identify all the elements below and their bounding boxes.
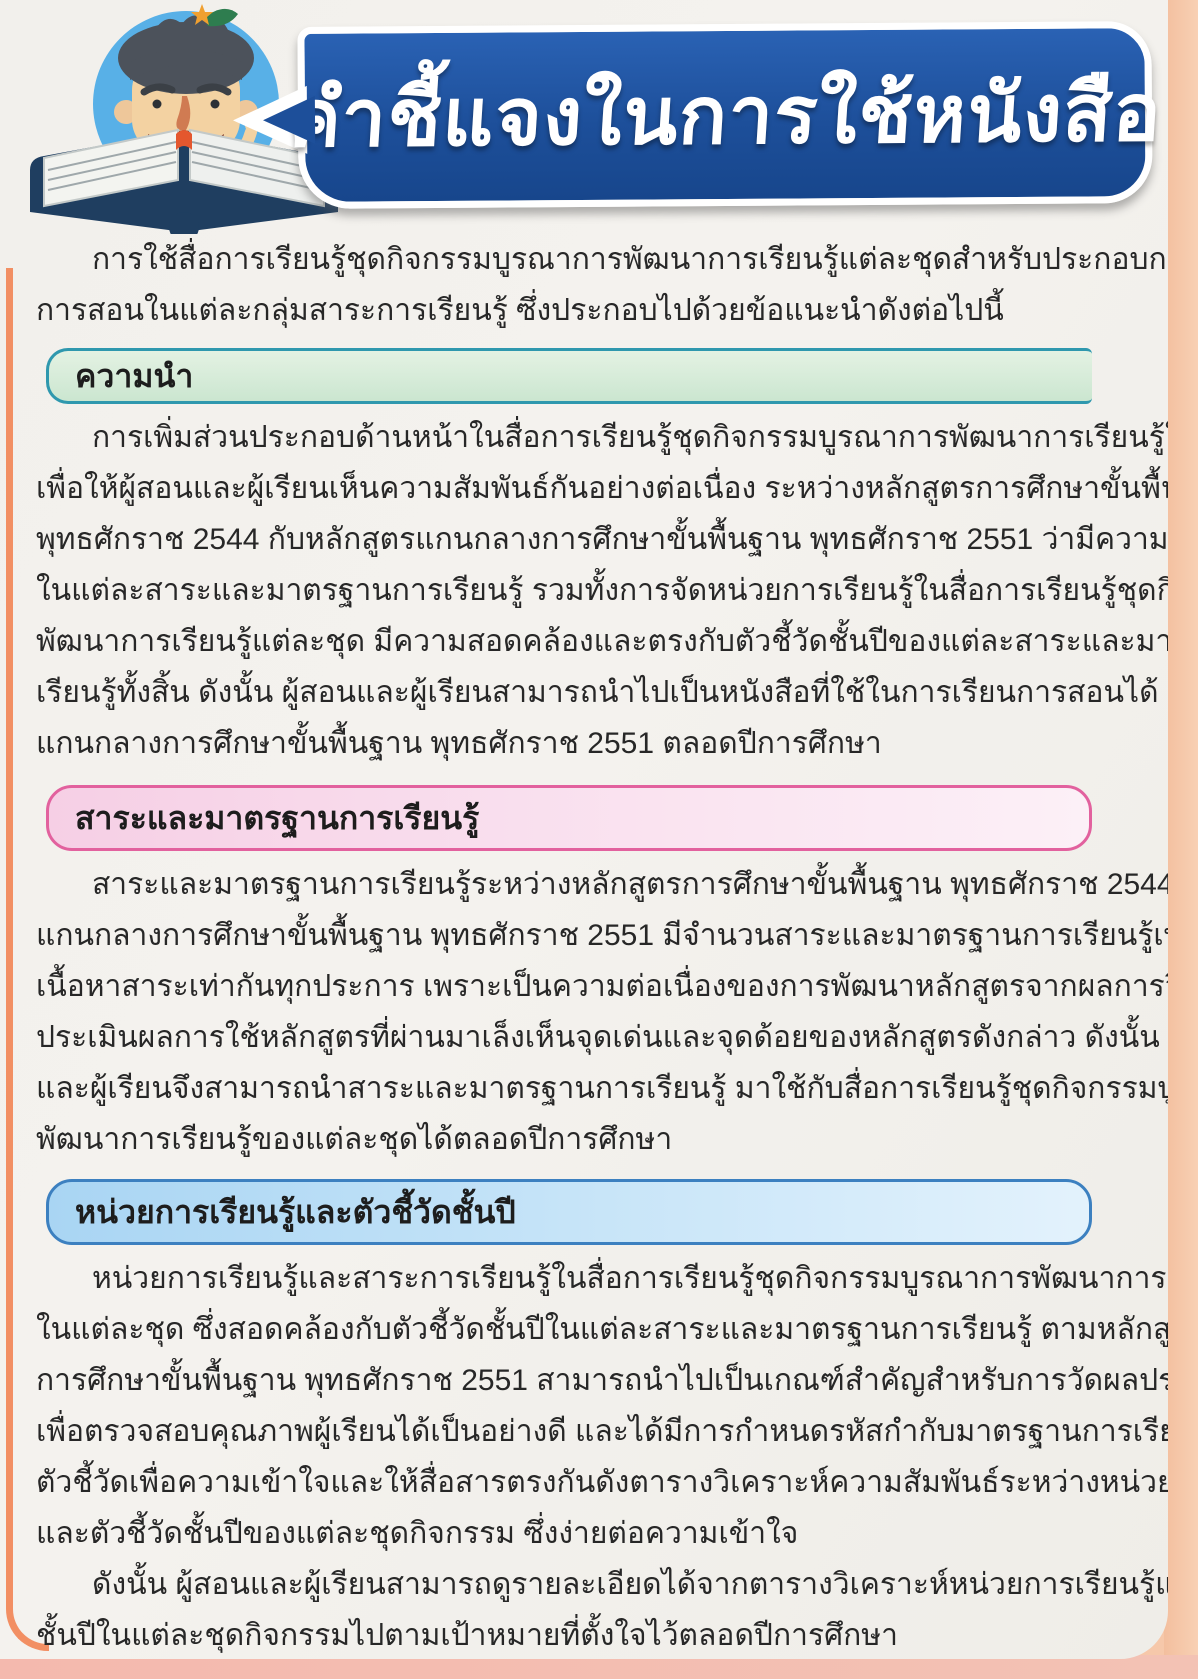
text-line: ดังนั้น ผู้สอนและผู้เรียนสามารถดูรายละเอ… (36, 1559, 1114, 1610)
text-line: แกนกลางการศึกษาขั้นพื้นฐาน พุทธศักราช 25… (36, 718, 1114, 769)
page-edge-right (1164, 0, 1198, 1679)
section-title: สาระและมาตรฐานการเรียนรู้ (75, 793, 479, 844)
page: คำชี้แจงในการใช้หนังสือ การใช้สื่อการเรี… (0, 0, 1168, 1659)
section-title: ความนำ (75, 351, 193, 402)
text-line: การเพิ่มส่วนประกอบด้านหน้าในสื่อการเรียน… (36, 412, 1114, 463)
text-line: เรียนรู้ทั้งสิ้น ดังนั้น ผู้สอนและผู้เรี… (36, 667, 1114, 718)
text-line: และตัวชี้วัดชั้นปีของแต่ละชุดกิจกรรม ซึ่… (36, 1508, 1114, 1559)
text-line: ชั้นปีในแต่ละชุดกิจกรรมไปตามเป้าหมายที่ต… (36, 1610, 1114, 1659)
text-line: แกนกลางการศึกษาขั้นพื้นฐาน พุทธศักราช 25… (36, 910, 1114, 961)
section-learning-units-paragraph: หน่วยการเรียนรู้และสาระการเรียนรู้ในสื่อ… (36, 1253, 1114, 1559)
text-line: ตัวชี้วัดเพื่อความเข้าใจและให้สื่อสารตรง… (36, 1457, 1114, 1508)
text-line: และผู้เรียนจึงสามารถนำสาระและมาตรฐานการเ… (36, 1063, 1114, 1114)
section-standards-paragraph: สาระและมาตรฐานการเรียนรู้ระหว่างหลักสูตร… (36, 859, 1114, 1165)
intro-paragraph: การใช้สื่อการเรียนรู้ชุดกิจกรรมบูรณาการพ… (36, 234, 1114, 336)
text-line: การใช้สื่อการเรียนรู้ชุดกิจกรรมบูรณาการพ… (36, 234, 1114, 285)
section-introduction-paragraph: การเพิ่มส่วนประกอบด้านหน้าในสื่อการเรียน… (36, 412, 1114, 769)
text-line: สาระและมาตรฐานการเรียนรู้ระหว่างหลักสูตร… (36, 859, 1114, 910)
page-title: คำชี้แจงในการใช้หนังสือ (284, 48, 1166, 181)
text-line: หน่วยการเรียนรู้และสาระการเรียนรู้ในสื่อ… (36, 1253, 1114, 1304)
page-content: การใช้สื่อการเรียนรู้ชุดกิจกรรมบูรณาการพ… (0, 234, 1168, 1659)
text-line: พัฒนาการเรียนรู้ของแต่ละชุดได้ตลอดปีการศ… (36, 1114, 1114, 1165)
text-line: ในแต่ละชุด ซึ่งสอดคล้องกับตัวชี้วัดชั้นป… (36, 1304, 1114, 1355)
section-header-introduction: ความนำ (46, 348, 1092, 404)
title-banner: คำชี้แจงในการใช้หนังสือ (297, 21, 1152, 209)
text-line: พุทธศักราช 2544 กับหลักสูตรแกนกลางการศึก… (36, 514, 1114, 565)
text-line: เนื้อหาสาระเท่ากันทุกประการ เพราะเป็นควา… (36, 961, 1114, 1012)
section-learning-units-closing-paragraph: ดังนั้น ผู้สอนและผู้เรียนสามารถดูรายละเอ… (36, 1559, 1114, 1659)
text-line: ประเมินผลการใช้หลักสูตรที่ผ่านมาเล็งเห็น… (36, 1012, 1114, 1063)
section-header-standards: สาระและมาตรฐานการเรียนรู้ (46, 785, 1092, 851)
text-line: เพื่อให้ผู้สอนและผู้เรียนเห็นความสัมพันธ… (36, 463, 1114, 514)
text-line: การสอนในแต่ละกลุ่มสาระการเรียนรู้ ซึ่งปร… (36, 285, 1114, 336)
page-header: คำชี้แจงในการใช้หนังสือ (0, 0, 1168, 224)
text-line: การศึกษาขั้นพื้นฐาน พุทธศักราช 2551 สามา… (36, 1355, 1114, 1406)
section-header-learning-units: หน่วยการเรียนรู้และตัวชี้วัดชั้นปี (46, 1179, 1092, 1245)
text-line: เพื่อตรวจสอบคุณภาพผู้เรียนได้เป็นอย่างดี… (36, 1406, 1114, 1457)
scanned-page: คำชี้แจงในการใช้หนังสือ การใช้สื่อการเรี… (0, 0, 1198, 1679)
text-line: พัฒนาการเรียนรู้แต่ละชุด มีความสอดคล้องแ… (36, 616, 1114, 667)
section-title: หน่วยการเรียนรู้และตัวชี้วัดชั้นปี (75, 1187, 516, 1238)
text-line: ในแต่ละสาระและมาตรฐานการเรียนรู้ รวมทั้ง… (36, 565, 1114, 616)
